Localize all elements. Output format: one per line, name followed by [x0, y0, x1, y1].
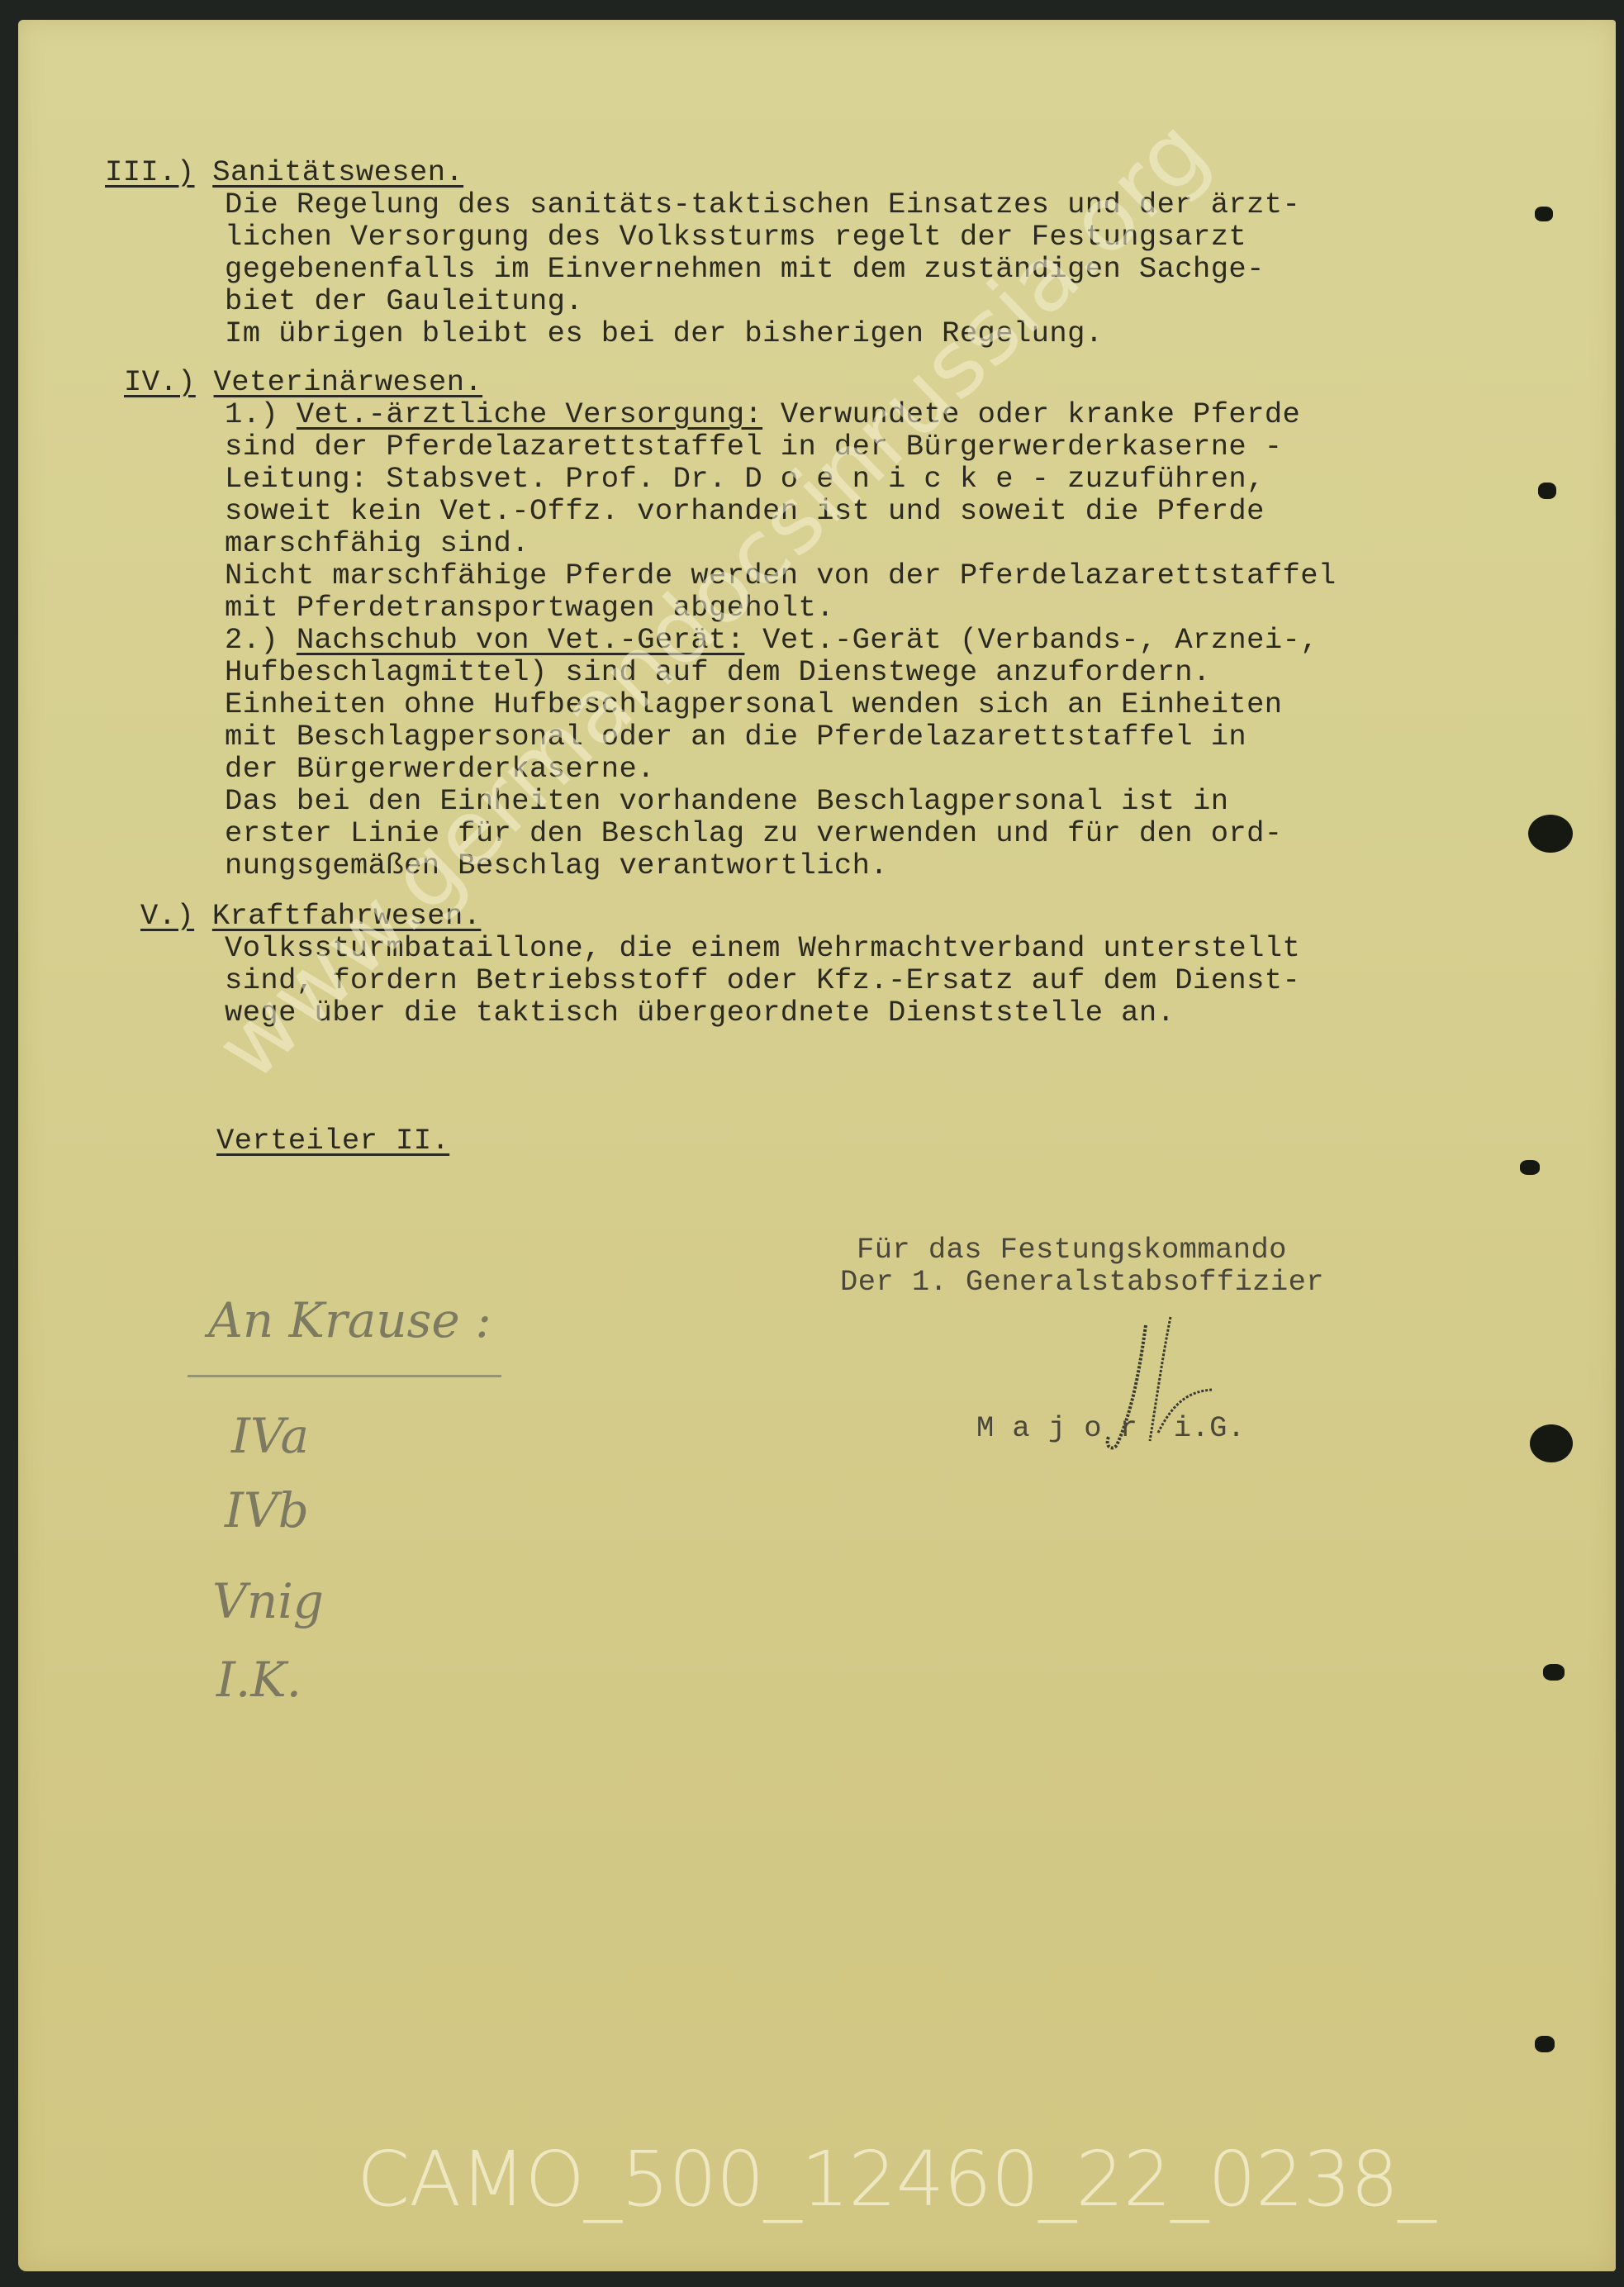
section-IV-title: Veterinärwesen.	[214, 365, 483, 399]
archive-id-watermark: CAMO_500_12460_22_0238_	[357, 2135, 1435, 2223]
item1-line: sind der Pferdelazarettstaffel in der Bü…	[225, 431, 1283, 463]
handwritten-entry: Vnig	[212, 1573, 324, 1629]
item2-line: Das bei den Einheiten vorhandene Beschla…	[225, 786, 1228, 817]
handwritten-entry: IVb	[225, 1482, 309, 1538]
item2-number: 2.)	[225, 623, 278, 657]
item2-line: mit Beschlagpersonal oder an die Pferdel…	[225, 721, 1246, 753]
item1-number: 1.)	[225, 397, 278, 431]
staple-hole	[1535, 207, 1553, 221]
item1-line: Leitung: Stabsvet. Prof. Dr. D o e n i c…	[225, 464, 1265, 495]
staple-hole	[1520, 1160, 1540, 1175]
section-V-number: V.)	[140, 899, 194, 933]
item2-text: Vet.-Gerät (Verbands-, Arznei-,	[744, 623, 1318, 657]
signature-line-1: Für das Festungskommando	[857, 1234, 1287, 1266]
handwritten-rule	[188, 1375, 501, 1377]
item1-title: Vet.-ärztliche Versorgung:	[297, 397, 762, 431]
signature-rank: M a j o r i.G.	[976, 1413, 1246, 1444]
section-III-line: biet der Gauleitung.	[225, 286, 583, 317]
section-III-number: III.)	[105, 155, 195, 189]
punch-hole	[1530, 1424, 1573, 1462]
staple-hole	[1535, 2036, 1555, 2052]
item2-line: Einheiten ohne Hufbeschlagpersonal wende…	[225, 689, 1283, 720]
item2-line: nungsgemäßen Beschlag verantwortlich.	[225, 850, 888, 882]
section-III-heading: III.) Sanitätswesen.	[105, 157, 463, 188]
section-IV-item2-first-line: 2.) Nachschub von Vet.-Gerät: Vet.-Gerät…	[225, 625, 1318, 656]
section-IV-item1-first-line: 1.) Vet.-ärztliche Versorgung: Verwundet…	[225, 399, 1300, 430]
item1-line: marschfähig sind.	[225, 528, 529, 559]
signature-line-2: Der 1. Generalstabsoffizier	[840, 1267, 1324, 1298]
handwritten-entry: IVa	[231, 1408, 309, 1464]
distribution-label: Verteiler II.	[216, 1125, 449, 1157]
section-III-title: Sanitätswesen.	[212, 155, 463, 189]
handwritten-note-header: An Krause :	[208, 1292, 491, 1348]
handwritten-entry: I.K.	[216, 1652, 302, 1708]
document-page: III.) Sanitätswesen. Die Regelung des sa…	[18, 20, 1616, 2271]
staple-hole	[1543, 1664, 1565, 1681]
section-IV-heading: IV.) Veterinärwesen.	[124, 367, 482, 398]
staple-hole	[1538, 483, 1556, 499]
punch-hole	[1528, 815, 1573, 853]
section-IV-number: IV.)	[124, 365, 196, 399]
